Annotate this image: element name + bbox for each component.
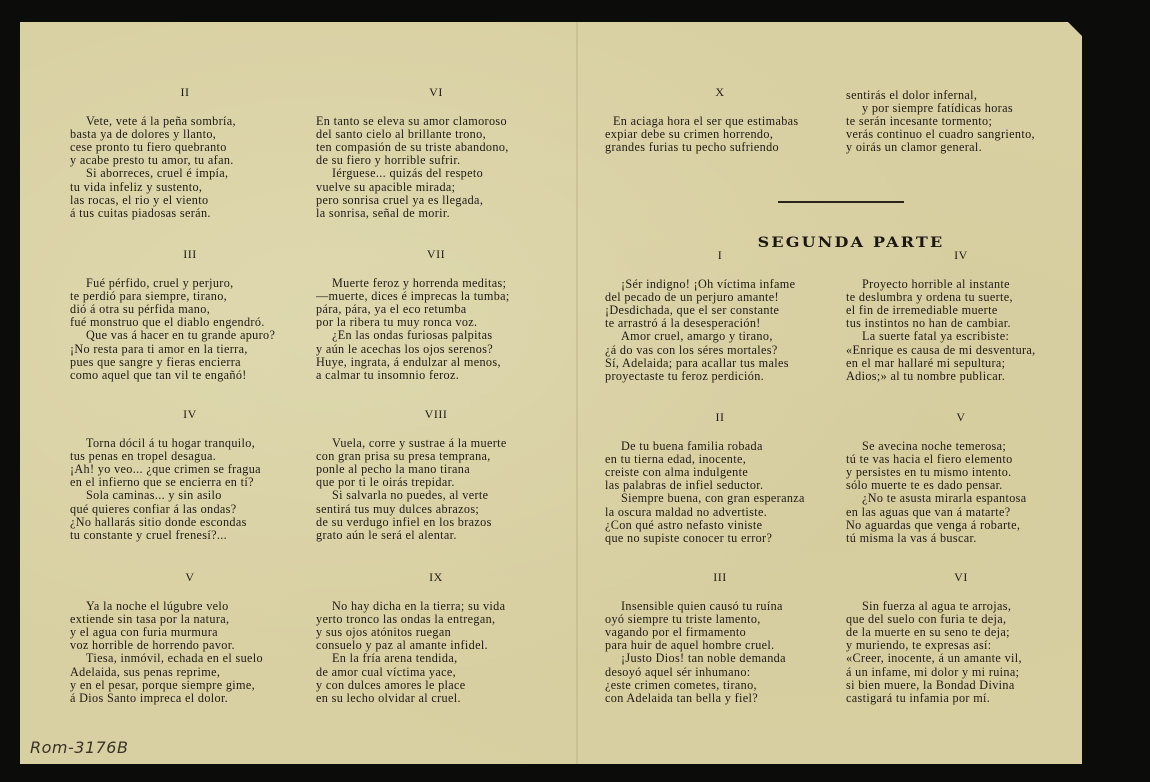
stanza-II: II Vete, vete á la peña sombría, basta y… [70, 86, 300, 220]
verse-line: Iérguese... quizás del respeto [316, 167, 556, 180]
verse-line: castigará tu infamia por mí. [846, 692, 1076, 705]
verse-line: y con dulces amores le place [316, 679, 556, 692]
verse-line: Huye, ingrata, á endulzar al menos, [316, 356, 556, 369]
verse-line: que no supiste conocer tu error? [605, 532, 835, 545]
verse-line: desoyó aquel sér inhumano: [605, 666, 835, 679]
verse-line: grandes furias tu pecho sufriendo [605, 141, 835, 154]
stanza-part2-V: V Se avecina noche temerosa; tú te vas h… [846, 411, 1076, 545]
stanza-number: VIII [316, 408, 556, 421]
verse-line: como aquel que tan vil te engañó! [70, 369, 310, 382]
stanza-IV: IV Torna dócil á tu hogar tranquilo, tus… [70, 408, 310, 542]
stanza-number: VII [316, 248, 556, 261]
verse-line: «Enrique es causa de mi desventura, [846, 344, 1076, 357]
center-fold [576, 22, 578, 764]
verse-line: las rocas, el rio y el viento [70, 194, 300, 207]
stanza-number: IX [316, 571, 556, 584]
stanza-number: X [605, 86, 835, 99]
verse-line: á Dios Santo impreca el dolor. [70, 692, 310, 705]
verse-line: la oscura maldad no advertiste. [605, 506, 835, 519]
section-divider [778, 201, 904, 203]
handwritten-shelfmark: Rom-3176B [30, 738, 128, 757]
stanza-part2-IV: IV Proyecto horrible al instante te desl… [846, 249, 1076, 383]
verse-line: en el mar hallaré mi sepultura; [846, 357, 1076, 370]
verse-line: a calmar tu insomnio feroz. [316, 369, 556, 382]
verse-line: á tus cuitas piadosas serán. [70, 207, 300, 220]
stanza-part2-II: II De tu buena familia robada en tu tier… [605, 411, 835, 545]
verse-line: Sí, Adelaida; para acallar tus males [605, 357, 835, 370]
stanza-X: X En aciaga hora el ser que estimabas ex… [605, 86, 835, 154]
stanza-III: III Fué pérfido, cruel y perjuro, te per… [70, 248, 310, 382]
verse-line: la sonrisa, señal de morir. [316, 207, 556, 220]
stanza-number: V [846, 411, 1076, 424]
verse-line: «Creer, inocente, á un amante vil, [846, 652, 1076, 665]
verse-line: con Adelaida tan bella y fiel? [605, 692, 835, 705]
verse-line: en su lecho olvidar al cruel. [316, 692, 556, 705]
verse-line: Adelaida, sus penas reprime, [70, 666, 310, 679]
stanza-V: V Ya la noche el lúgubre velo extiende s… [70, 571, 310, 705]
stanza-number: IV [846, 249, 1076, 262]
verse-line: si bien muere, la Bondad Divina [846, 679, 1076, 692]
verse-line: Si salvarla no puedes, al verte [316, 489, 556, 502]
stanza-X-continued: sentirás el dolor infernal, y por siempr… [846, 89, 1076, 154]
verse-line: á un infame, mi dolor y mi ruina; [846, 666, 1076, 679]
verse-line: ¿este crimen cometes, tirano, [605, 679, 835, 692]
verse-line: y en el pesar, porque siempre gime, [70, 679, 310, 692]
verse-line: pero sonrisa cruel ya es llegada, [316, 194, 556, 207]
verse-line: tú misma la vas á buscar. [846, 532, 1076, 545]
verse-line: Si aborreces, cruel é impía, [70, 167, 300, 180]
stanza-number: VI [316, 86, 556, 99]
verse-line: ¿En las ondas furiosas palpitas [316, 329, 556, 342]
verse-line: sentirá tus muy dulces abrazos; [316, 503, 556, 516]
printed-sheet: II Vete, vete á la peña sombría, basta y… [20, 22, 1082, 764]
verse-line: ¿No hallarás sitio donde escondas [70, 516, 310, 529]
stanza-number: III [70, 248, 310, 261]
verse-line: ¿No te asusta mirarla espantosa [846, 492, 1076, 505]
verse-line: vuelve su apacible mirada; [316, 181, 556, 194]
stanza-number: III [605, 571, 835, 584]
stanza-IX: IX No hay dicha en la tierra; su vida ye… [316, 571, 556, 705]
verse-line: Adios;» al tu nombre publicar. [846, 370, 1076, 383]
verse-line: de su verdugo infiel en los brazos [316, 516, 556, 529]
stanza-VIII: VIII Vuela, corre y sustrae á la muerte … [316, 408, 556, 542]
stanza-number: II [605, 411, 835, 424]
stanza-part2-III: III Insensible quien causó tu ruína oyó … [605, 571, 835, 705]
verse-line: Siempre buena, con gran esperanza [605, 492, 835, 505]
verse-line: No aguardas que venga á robarte, [846, 519, 1076, 532]
verse-line: proyectaste tu feroz perdición. [605, 370, 835, 383]
verse-line: grato aún le será el alentar. [316, 529, 556, 542]
verse-line: y aún le acechas los ojos serenos? [316, 343, 556, 356]
stanza-number: II [70, 86, 300, 99]
verse-line: Sola caminas... y sin asilo [70, 489, 310, 502]
stanza-number: VI [846, 571, 1076, 584]
stanza-number: I [605, 249, 835, 262]
stanza-VI: VI En tanto se eleva su amor clamoroso d… [316, 86, 556, 220]
verse-line: ¡Justo Dios! tan noble demanda [605, 652, 835, 665]
verse-line: Tiesa, inmóvil, echada en el suelo [70, 652, 310, 665]
verse-line: Que vas á hacer en tu grande apuro? [70, 329, 310, 342]
verse-line: pues que sangre y fieras encierra [70, 356, 310, 369]
stanza-number: V [70, 571, 310, 584]
verse-line: en las aguas que van á matarte? [846, 506, 1076, 519]
verse-line: La suerte fatal ya escribiste: [846, 330, 1076, 343]
verse-line: ¿Con qué astro nefasto viniste [605, 519, 835, 532]
verse-line: ¡No resta para ti amor en la tierra, [70, 343, 310, 356]
verse-line: tu vida infeliz y sustento, [70, 181, 300, 194]
verse-line: En la fría arena tendida, [316, 652, 556, 665]
stanza-part2-I: I ¡Sér indigno! ¡Oh víctima infame del p… [605, 249, 835, 383]
stanza-part2-VI: VI Sin fuerza al agua te arrojas, que de… [846, 571, 1076, 705]
verse-line: de amor cual víctima yace, [316, 666, 556, 679]
stanza-number: IV [70, 408, 310, 421]
verse-line: qué quieres confiar á las ondas? [70, 503, 310, 516]
verse-line: Amor cruel, amargo y tirano, [605, 330, 835, 343]
verse-line: ¿á do vas con los séres mortales? [605, 344, 835, 357]
verse-line: y oirás un clamor general. [846, 141, 1076, 154]
stanza-VII: VII Muerte feroz y horrenda meditas; —mu… [316, 248, 556, 382]
verse-line: tu constante y cruel frenesí?... [70, 529, 310, 542]
